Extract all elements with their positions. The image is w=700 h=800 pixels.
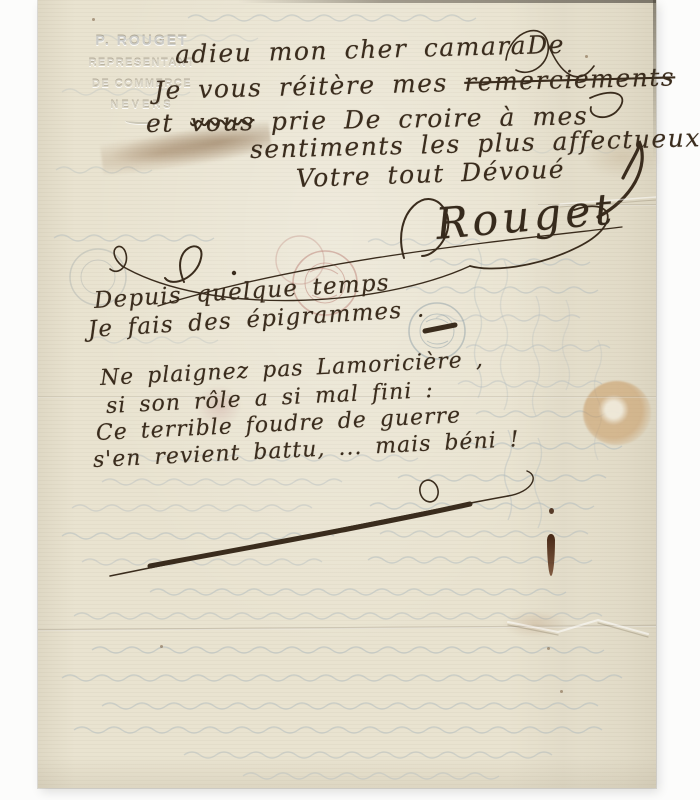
s-mark-dot bbox=[232, 271, 236, 275]
letter-line-2-struck-word: remerciements bbox=[464, 62, 676, 97]
epigram-dash bbox=[425, 325, 455, 331]
letter-line-3-struck-word: vous bbox=[190, 107, 255, 137]
letter-line-3-text: et bbox=[146, 108, 191, 138]
bottom-swoosh-thick bbox=[150, 504, 470, 566]
line2-tail-flourish bbox=[590, 93, 622, 117]
s-mark bbox=[165, 246, 201, 282]
bottom-swoosh-hook bbox=[508, 471, 533, 496]
paper-right-edge bbox=[653, 0, 656, 160]
s-curl bbox=[110, 246, 127, 271]
paper-top-edge bbox=[238, 0, 656, 3]
small-ink-ring bbox=[417, 478, 440, 504]
scan-background: { "document_kind": "handwritten letter, … bbox=[0, 0, 700, 800]
crumple-highlights bbox=[508, 197, 656, 637]
letter-sheet: P. ROUGET REPRESENTANT DE COMMERCE NEVER… bbox=[38, 0, 656, 788]
